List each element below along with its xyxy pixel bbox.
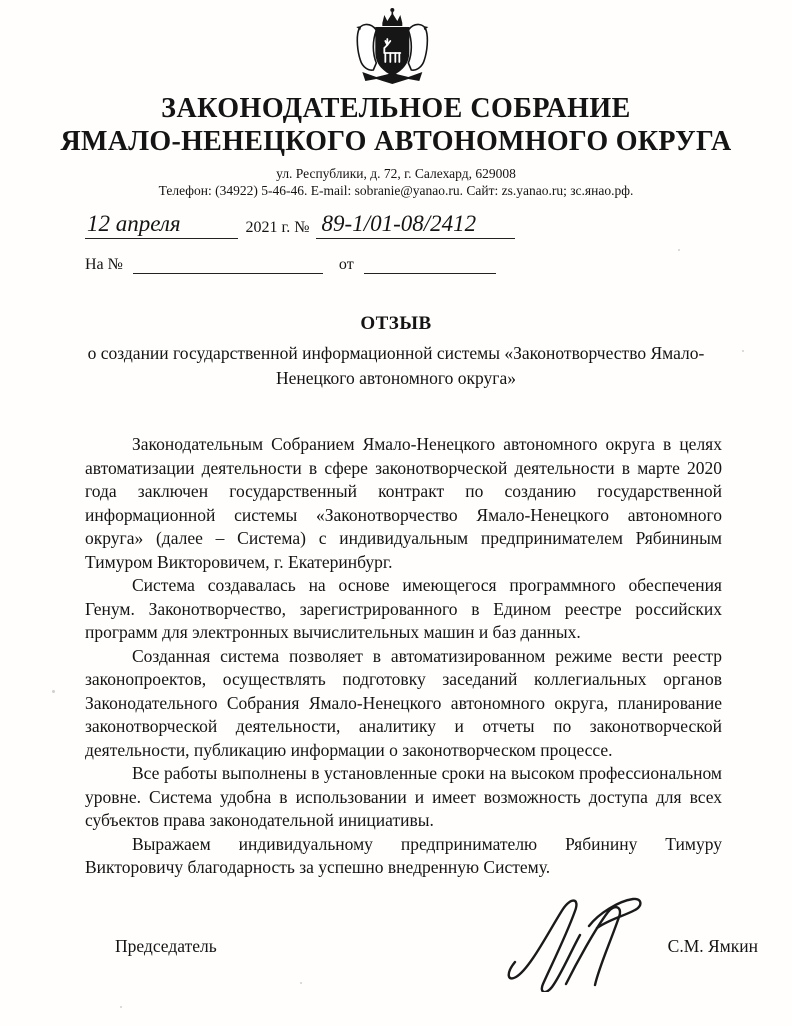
org-name-line1: ЗАКОНОДАТЕЛЬНОЕ СОБРАНИЕ <box>0 93 792 125</box>
letter-body: Законодательным Собранием Ямало-Ненецког… <box>85 433 722 880</box>
handwritten-number: 89-1/01-08/2412 <box>322 211 477 236</box>
coat-of-arms-icon <box>346 6 438 97</box>
signature-row: Председатель С.М. Ямкин <box>85 936 758 957</box>
reply-number-blank <box>133 255 323 274</box>
signer-name: С.М. Ямкин <box>668 936 758 957</box>
printed-date-number-label: 2021 г. № <box>238 219 316 239</box>
document-type-title: ОТЗЫВ <box>0 313 792 335</box>
scan-noise-speck <box>678 249 680 251</box>
org-name-line2: ЯМАЛО-НЕНЕЦКОГО АВТОНОМНОГО ОКРУГА <box>0 126 792 158</box>
document-subject: о создании государственной информационно… <box>0 341 792 391</box>
paragraph: Законодательным Собранием Ямало-Ненецког… <box>85 433 722 574</box>
handwritten-number-field: 89-1/01-08/2412 <box>316 211 515 239</box>
reference-block: 12 апреля 2021 г. № 89-1/01-08/2412 На №… <box>85 211 515 274</box>
reply-from-blank <box>364 255 496 274</box>
scan-noise-speck <box>300 982 302 984</box>
paragraph: Система создавалась на основе имеющегося… <box>85 574 722 645</box>
document-subject-text: о создании государственной информационно… <box>87 341 705 391</box>
scan-noise-speck <box>52 690 55 693</box>
handwritten-date: 12 апреля <box>87 211 181 236</box>
signer-title: Председатель <box>85 936 217 957</box>
scan-noise-speck <box>96 540 99 543</box>
paragraph: Созданная система позволяет в автоматизи… <box>85 645 722 763</box>
paragraph: Все работы выполнены в установленные сро… <box>85 762 722 833</box>
paragraph: Выражаем индивидуальному предпринимателю… <box>85 833 722 880</box>
reply-from-label: от <box>339 256 354 274</box>
scanned-letter-page: ЗАКОНОДАТЕЛЬНОЕ СОБРАНИЕ ЯМАЛО-НЕНЕЦКОГО… <box>0 0 792 1026</box>
reply-number-label: На № <box>85 256 123 274</box>
scan-noise-speck <box>120 1006 122 1008</box>
org-address: ул. Республики, д. 72, г. Салехард, 6290… <box>0 166 792 182</box>
org-contacts: Телефон: (34922) 5-46-46. E-mail: sobran… <box>0 183 792 199</box>
scan-noise-speck <box>742 350 744 352</box>
handwritten-date-field: 12 апреля <box>85 211 238 239</box>
